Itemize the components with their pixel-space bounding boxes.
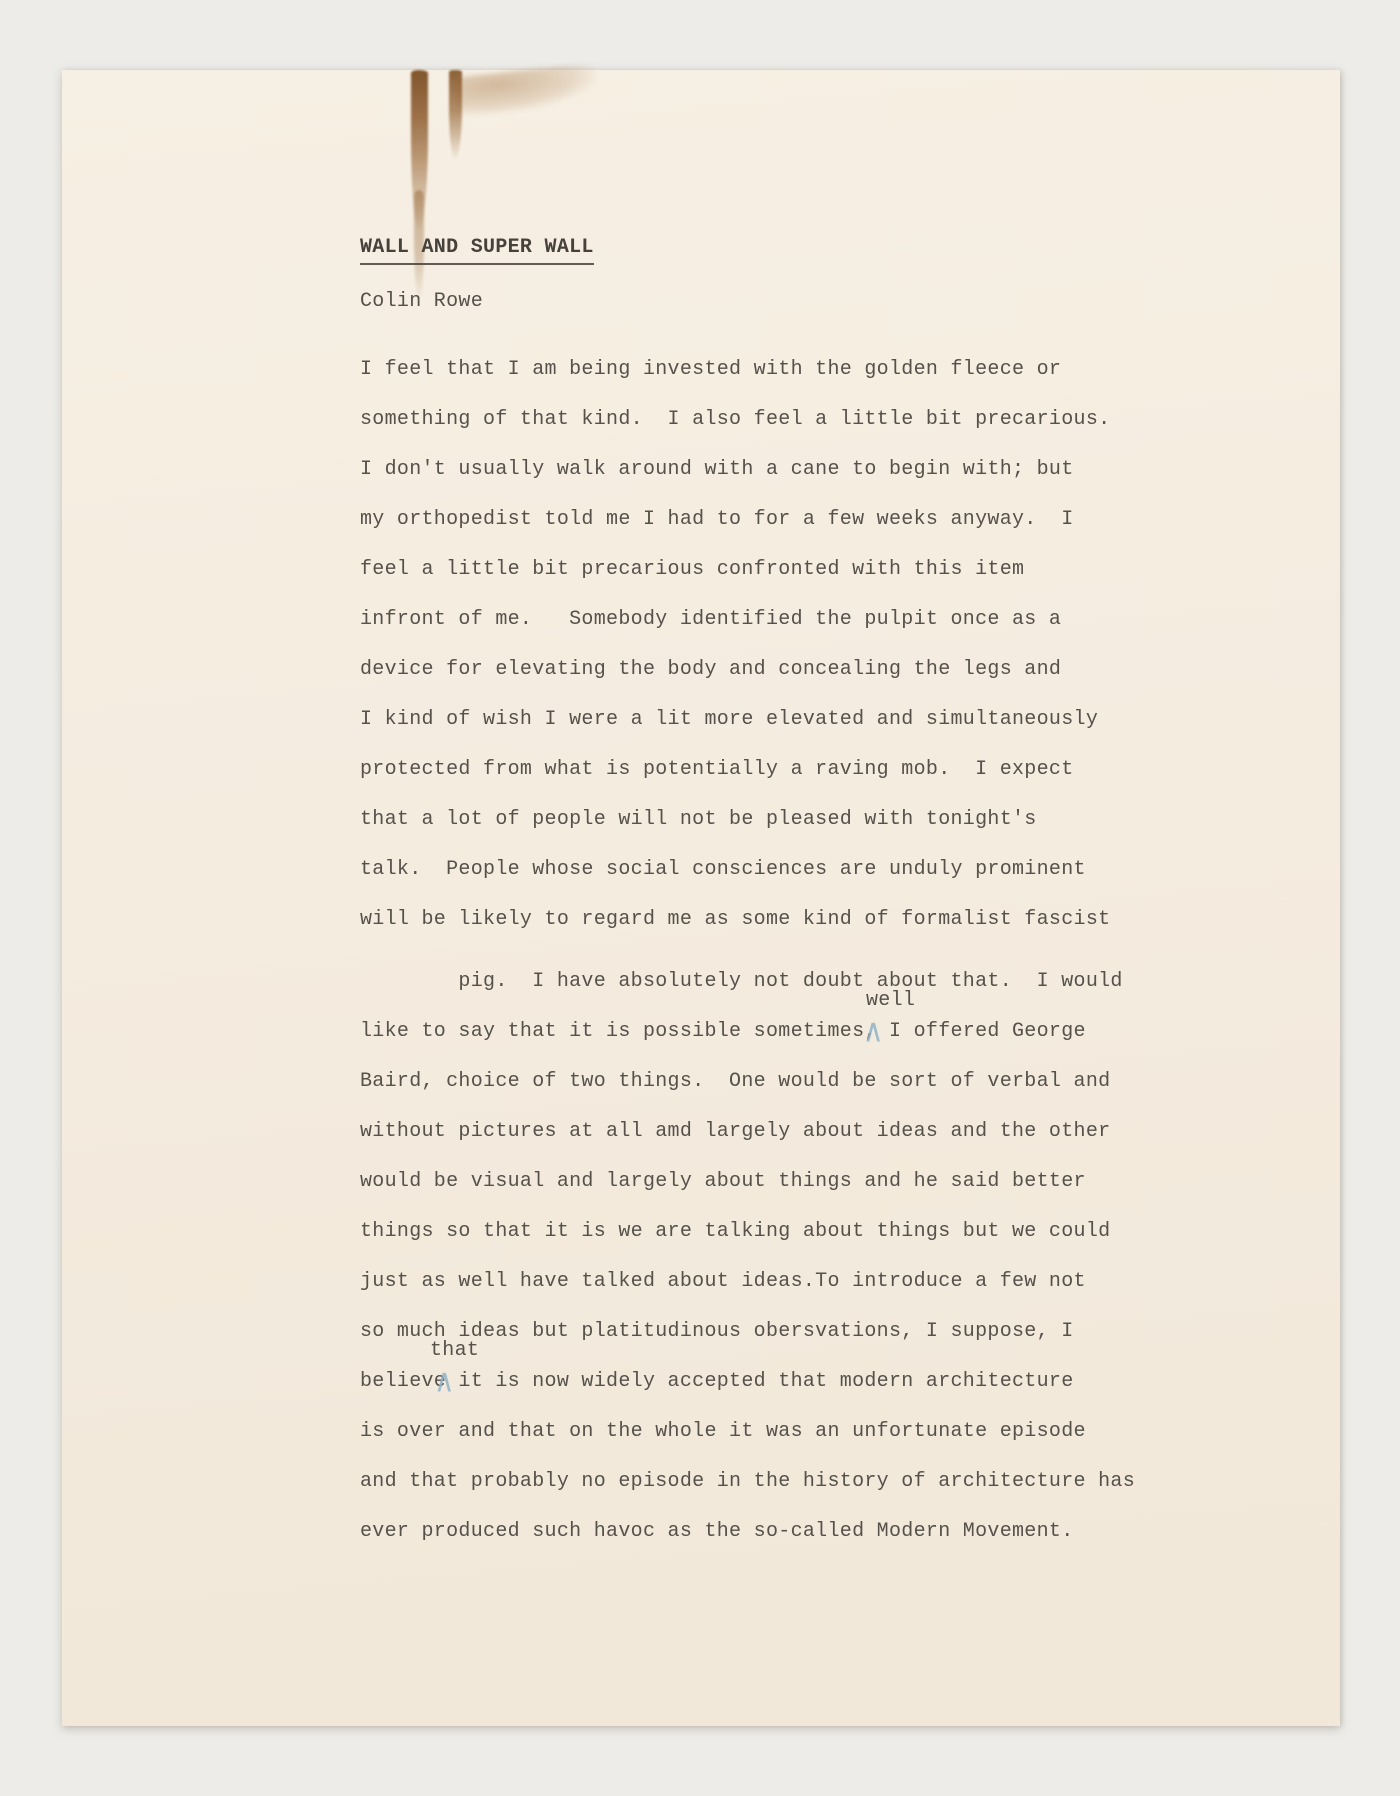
body-line: without pictures at all amd largely abou… bbox=[360, 1107, 1220, 1157]
insertion-caret-icon: ∧ bbox=[863, 1015, 884, 1047]
body-line: my orthopedist told me I had to for a fe… bbox=[360, 495, 1220, 545]
rust-stain-drip-1 bbox=[411, 70, 428, 230]
body-line: Baird, choice of two things. One would b… bbox=[360, 1057, 1220, 1107]
body-line: that a lot of people will not be pleased… bbox=[360, 795, 1220, 845]
document-title: WALL AND SUPER WALL bbox=[360, 236, 594, 265]
body-line: I don't usually walk around with a cane … bbox=[360, 445, 1220, 495]
body-line: and that probably no episode in the hist… bbox=[360, 1457, 1220, 1507]
rust-stain-drip-2 bbox=[449, 70, 462, 160]
body-line: things so that it is we are talking abou… bbox=[360, 1207, 1220, 1257]
body-line: I kind of wish I were a lit more elevate… bbox=[360, 695, 1220, 745]
insertion-that: that bbox=[430, 1341, 479, 1361]
body-line: infront of me. Somebody identified the p… bbox=[360, 595, 1220, 645]
body-line: will be likely to regard me as some kind… bbox=[360, 895, 1220, 945]
body-line: something of that kind. I also feel a li… bbox=[360, 395, 1220, 445]
body-line: is over and that on the whole it was an … bbox=[360, 1407, 1220, 1457]
body-line: would be visual and largely about things… bbox=[360, 1157, 1220, 1207]
body-line: talk. People whose social consciences ar… bbox=[360, 845, 1220, 895]
rust-stain-smudge bbox=[454, 63, 597, 117]
insertion-well: well bbox=[866, 991, 915, 1011]
body-line: ever produced such havoc as the so-calle… bbox=[360, 1507, 1220, 1557]
body-line: like to say that it is possible sometime… bbox=[360, 1007, 1220, 1057]
body-line: I feel that I am being invested with the… bbox=[360, 345, 1220, 395]
scan-background: WALL AND SUPER WALL Colin Rowe I feel th… bbox=[0, 0, 1400, 1796]
author-byline: Colin Rowe bbox=[360, 290, 483, 313]
body-line: so much ideas but platitudinous obersvat… bbox=[360, 1307, 1220, 1357]
body-line: device for elevating the body and concea… bbox=[360, 645, 1220, 695]
body-line: protected from what is potentially a rav… bbox=[360, 745, 1220, 795]
body-line: just as well have talked about ideas.To … bbox=[360, 1257, 1220, 1307]
body-line: believe it is now widely accepted that m… bbox=[360, 1357, 1220, 1407]
body-line: pig. I have absolutely not doubt about t… bbox=[360, 957, 1220, 1007]
paper-page: WALL AND SUPER WALL Colin Rowe I feel th… bbox=[62, 70, 1340, 1726]
insertion-caret-icon: ∧ bbox=[434, 1365, 455, 1397]
body-line: feel a little bit precarious confronted … bbox=[360, 545, 1220, 595]
document-body: I feel that I am being invested with the… bbox=[360, 345, 1220, 1557]
